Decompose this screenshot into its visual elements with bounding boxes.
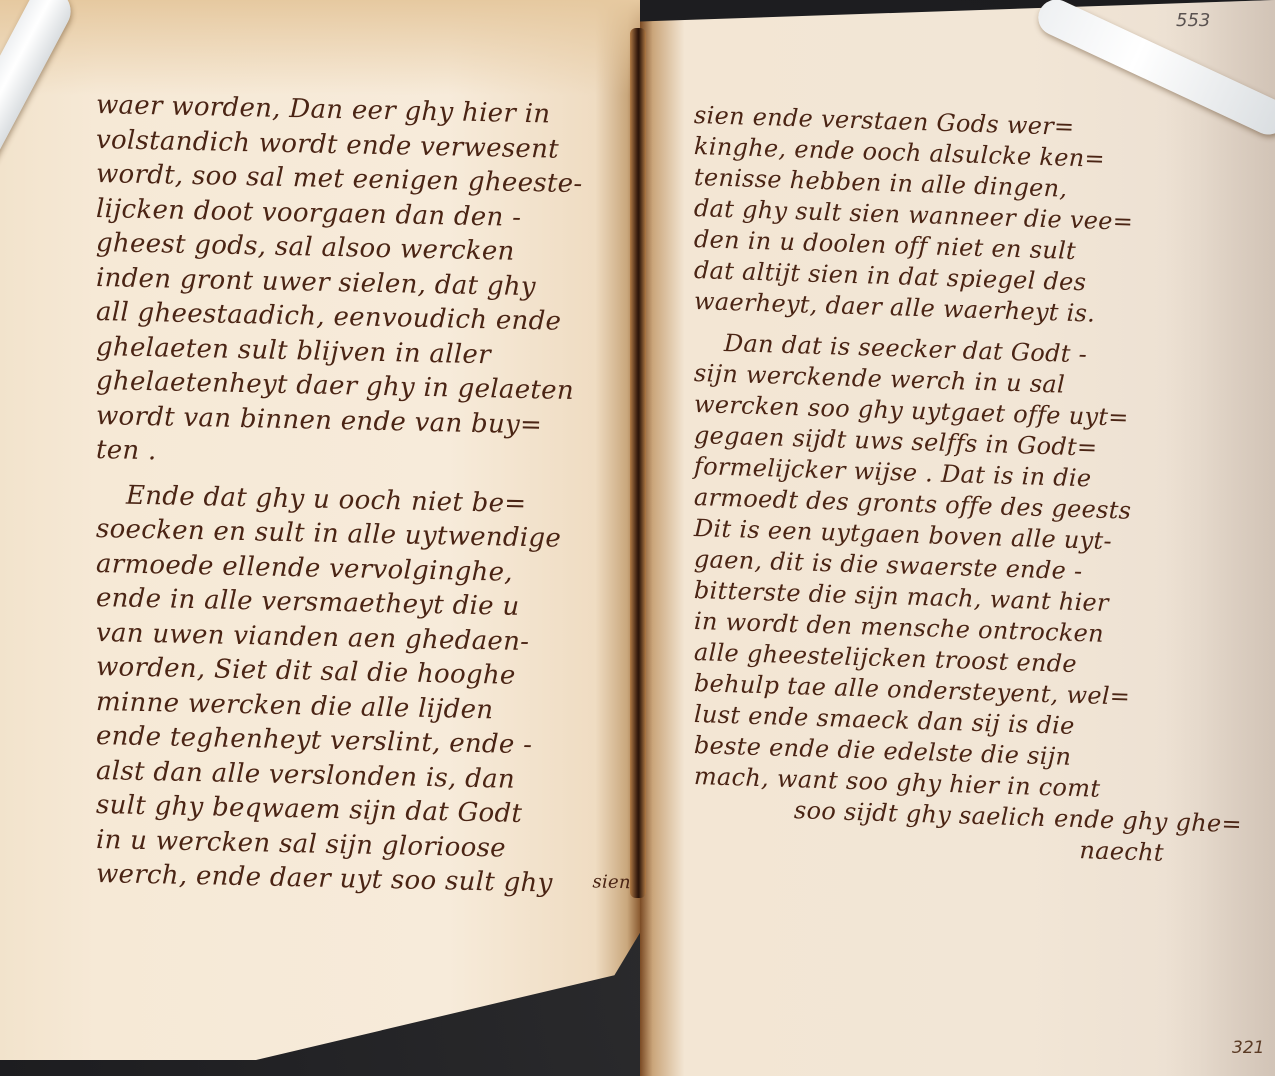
book-gutter xyxy=(630,28,646,898)
left-page-text: waer worden, Dan eer ghy hier in volstan… xyxy=(96,88,631,882)
right-page-text: sien ende verstaen Gods wer= kinghe, end… xyxy=(694,100,1194,854)
open-manuscript: 553 321 waer worden, Dan eer ghy hier in… xyxy=(0,0,1275,1076)
folio-number-bottom: 321 xyxy=(1232,1038,1264,1058)
folio-number-top: 553 xyxy=(1176,10,1210,31)
